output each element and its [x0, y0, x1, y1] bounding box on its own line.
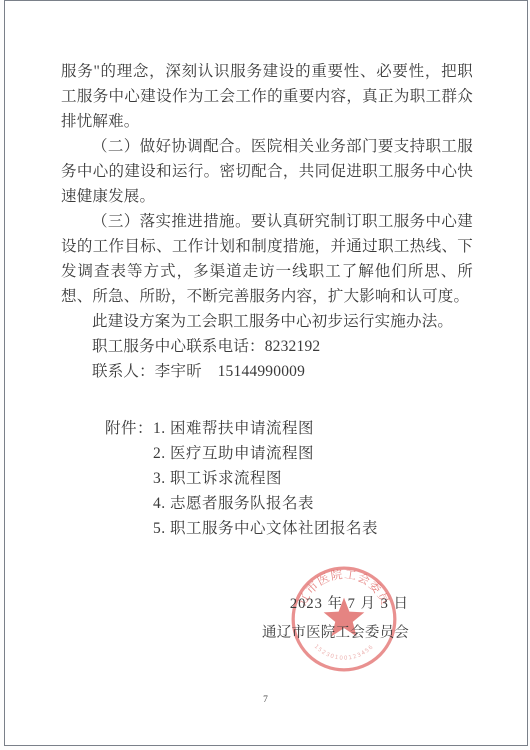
contact-person-line: 联系人：李宇昕 15144990009: [61, 359, 473, 384]
document-page: 服务"的理念，深刻认识服务建设的重要性、必要性，把职工服务中心建设作为工会工作的…: [4, 0, 528, 746]
contact-phone-line: 职工服务中心联系电话：8232192: [61, 334, 473, 359]
paragraph: （三）落实推进措施。要认真研究制订职工服务中心建设的工作目标、工作计划和制度措施…: [61, 209, 473, 309]
paragraph: （二）做好协调配合。医院相关业务部门要支持职工服务中心的建设和运行。密切配合，共…: [61, 134, 473, 209]
seal-serial: 15230100123456: [313, 644, 376, 662]
attachments-list: 1. 困难帮扶申请流程图 2. 医疗互助申请流程图 3. 职工诉求流程图 4. …: [153, 416, 378, 541]
attachments-label: 附件：: [105, 416, 153, 541]
signature-block: 2023 年 7 月 3 日 通辽市医院工会委员会: [5, 595, 409, 642]
attachment-item: 4. 志愿者服务队报名表: [153, 491, 378, 516]
page-number: 7: [5, 695, 527, 705]
attachment-item: 2. 医疗互助申请流程图: [153, 441, 378, 466]
attachment-item: 3. 职工诉求流程图: [153, 466, 378, 491]
document-body: 服务"的理念，深刻认识服务建设的重要性、必要性，把职工服务中心建设作为工会工作的…: [61, 59, 473, 384]
signature-organization: 通辽市医院工会委员会: [5, 624, 409, 642]
attachment-item: 1. 困难帮扶申请流程图: [153, 416, 378, 441]
signature-date: 2023 年 7 月 3 日: [5, 595, 409, 613]
attachment-item: 5. 职工服务中心文体社团报名表: [153, 516, 378, 541]
paragraph: 此建设方案为工会职工服务中心初步运行实施办法。: [61, 309, 473, 334]
paragraph: 服务"的理念，深刻认识服务建设的重要性、必要性，把职工服务中心建设作为工会工作的…: [61, 59, 473, 134]
attachments-block: 附件： 1. 困难帮扶申请流程图 2. 医疗互助申请流程图 3. 职工诉求流程图…: [105, 416, 378, 541]
